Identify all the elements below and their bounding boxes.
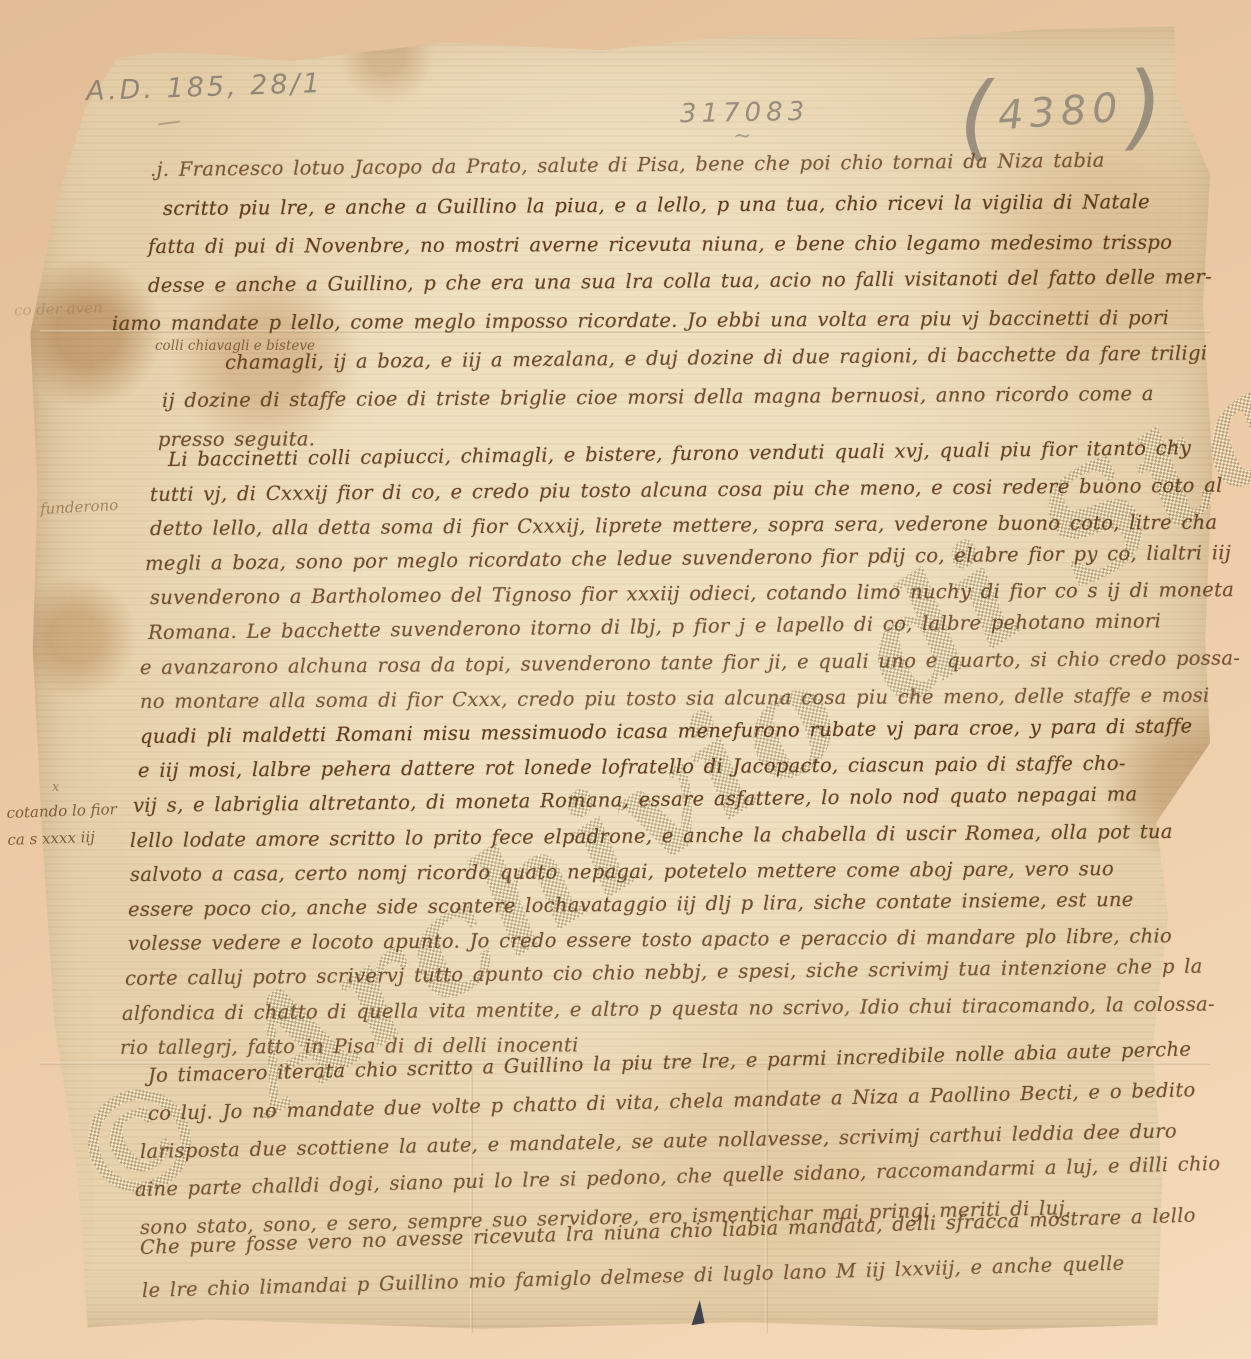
margin-note-faded: co der aven xyxy=(14,298,103,319)
manuscript-line: le lre chio limandai p Guillino mio fami… xyxy=(142,1252,1125,1302)
margin-note: funderono xyxy=(40,496,119,518)
manuscript-line: .j. Francesco lotuo Jacopo da Prato, sal… xyxy=(150,149,1105,181)
manuscript-line: quadi pli maldetti Romani misu messimuod… xyxy=(140,714,1193,748)
manuscript-line: ij dozine di staffe cioe di triste brigl… xyxy=(162,382,1154,412)
pencil-squiggle: ~ xyxy=(733,124,751,149)
manuscript-line: e iij mosi, lalbre pehera dattere rot lo… xyxy=(138,752,1126,782)
manuscript-line: salvoto a casa, certo nomj ricordo quato… xyxy=(130,857,1114,886)
margin-note-line: cotando lo fior xyxy=(6,796,117,827)
manuscript-line: volesse vedere e locoto apunto. Jo credo… xyxy=(128,924,1172,955)
manuscript-line: desse e anche a Guillino, p che era una … xyxy=(148,265,1212,297)
manuscript-line: e avanzarono alchuna rosa da topi, suven… xyxy=(140,646,1240,679)
manuscript-line: detto lello, alla detta soma di fior Cxx… xyxy=(150,511,1218,540)
scanned-manuscript-page: { "annotations": { "archive_shelfmark": … xyxy=(0,0,1251,1359)
manuscript-content: A.D. 185, 28/1 317083 ~ ( 4380 ) © Archi… xyxy=(0,0,1251,1359)
ink-mark xyxy=(688,1299,707,1327)
manuscript-line: fatta di pui di Novenbre, no mostri aver… xyxy=(148,231,1172,258)
manuscript-line: no montare alla soma di fior Cxxx, credo… xyxy=(140,684,1210,713)
manuscript-line: corte calluj potro scrivervj tutto apunt… xyxy=(125,955,1203,990)
manuscript-line: megli a boza, sono por meglo ricordato c… xyxy=(145,541,1231,575)
pencil-number-digits: 4380 xyxy=(992,84,1129,139)
manuscript-line: lello lodate amore scritto lo prito fece… xyxy=(130,820,1173,852)
interlinear-note: colli chiavagli e bisteve xyxy=(155,338,315,354)
manuscript-line: co luj. Jo no mandate due volte p chatto… xyxy=(148,1078,1196,1125)
manuscript-line: tutti vj, di Cxxxij fior di co, e credo … xyxy=(150,474,1223,506)
margin-cross-mark: x xyxy=(52,780,59,795)
manuscript-line: chamagli, ij a boza, e iij a mezalana, e… xyxy=(225,341,1208,374)
manuscript-line: scritto piu lre, e anche a Guillino la p… xyxy=(163,190,1150,220)
archive-shelfmark: A.D. 185, 28/1 xyxy=(86,68,324,107)
margin-note-line: ca s xxxx iij xyxy=(7,823,118,854)
pencil-dash xyxy=(158,120,180,125)
manuscript-line: suvenderono a Bartholomeo del Tignoso fi… xyxy=(150,578,1234,609)
manuscript-line: Li baccinetti colli capiucci, chimagli, … xyxy=(168,436,1191,471)
manuscript-line: essere poco cio, anche side scontere loc… xyxy=(128,888,1134,921)
pencil-paren-close: ) xyxy=(1124,55,1167,157)
manuscript-line: alfondica di chatto di quella vita menti… xyxy=(122,992,1215,1025)
manuscript-line: Romana. Le bacchette suvenderono itorno … xyxy=(148,609,1161,644)
manuscript-line: iamo mandate p lello, come meglo imposso… xyxy=(112,306,1169,335)
manuscript-line: vij s, e labriglia altretanto, di moneta… xyxy=(133,782,1138,817)
margin-note: cotando lo fior ca s xxxx iij xyxy=(6,796,118,854)
